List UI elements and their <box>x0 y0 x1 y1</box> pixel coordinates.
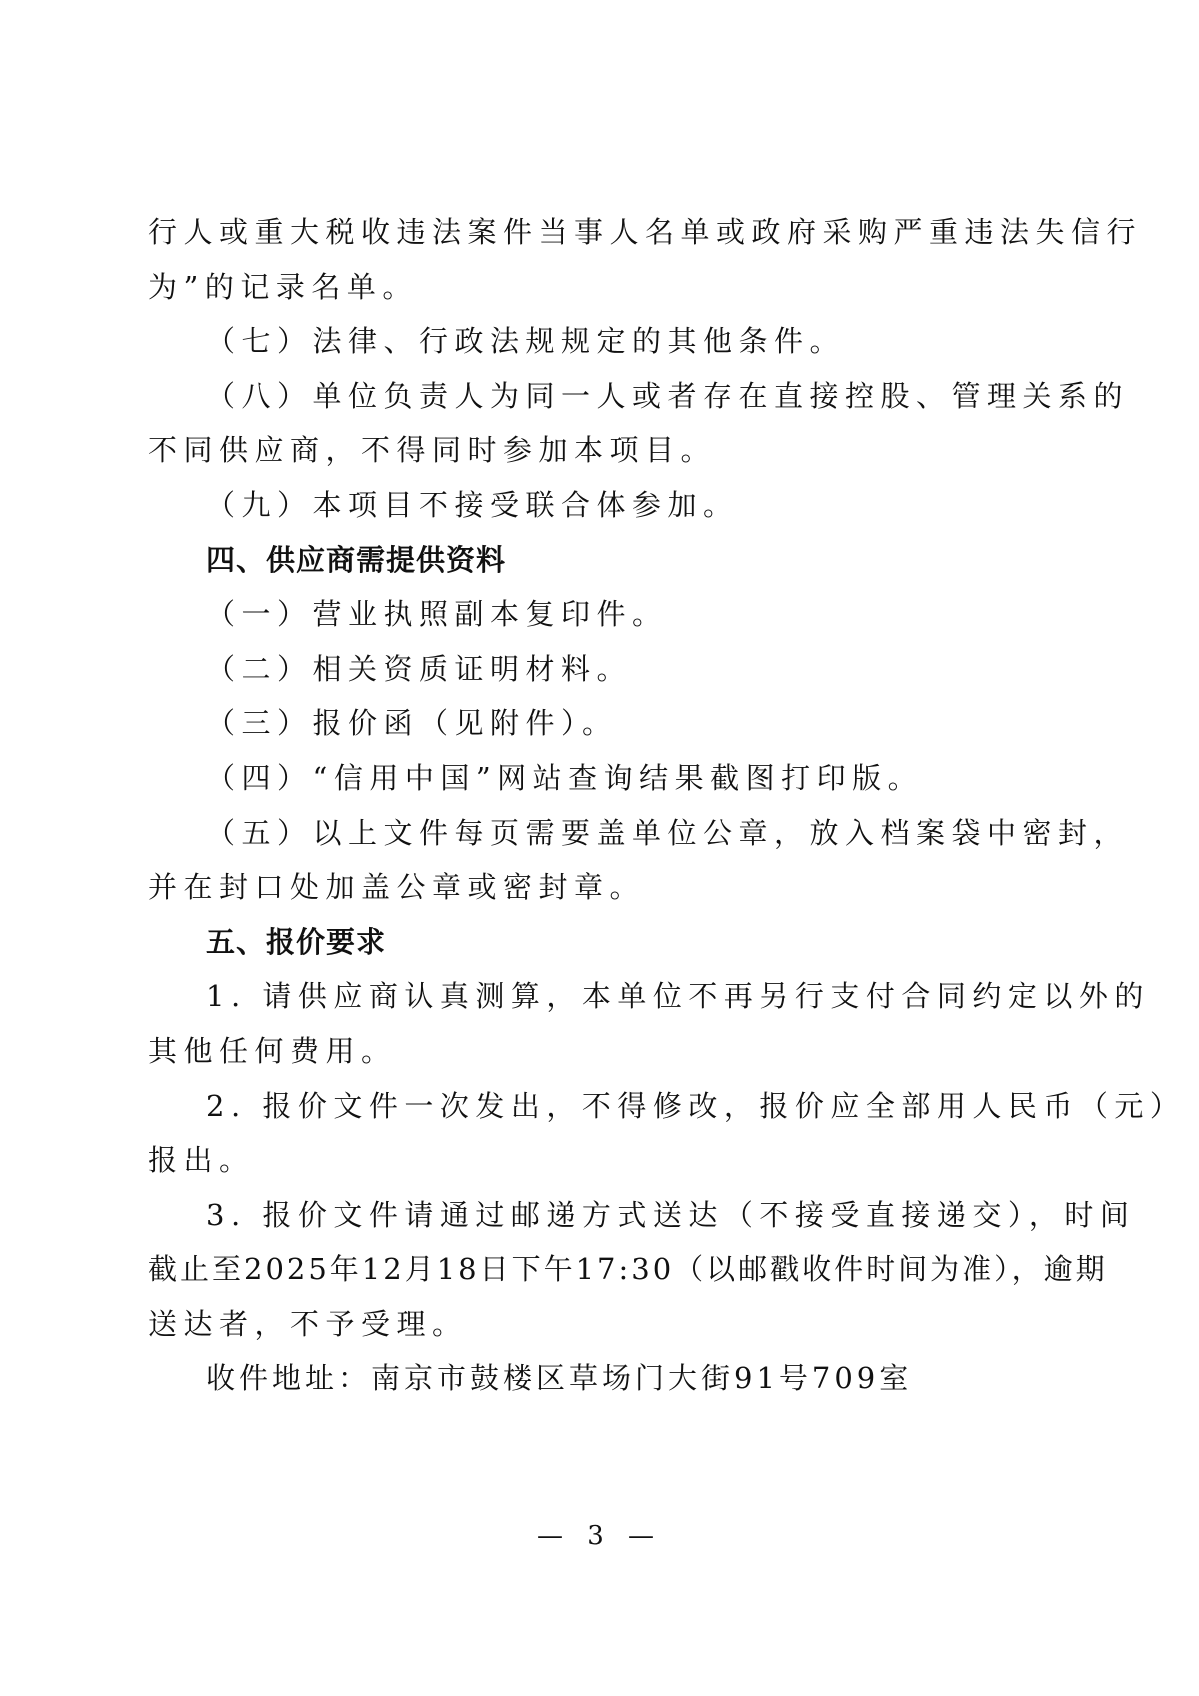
material-item-3: （三）报价函（见附件）。 <box>148 696 980 751</box>
material-item-5: （五）以上文件每页需要盖单位公章，放入档案袋中密封， <box>148 806 980 861</box>
quote-requirement-2-continued: 报出。 <box>148 1133 980 1188</box>
quote-requirement-2: 2. 报价文件一次发出，不得修改，报价应全部用人民币（元） <box>148 1079 980 1134</box>
document-page: 行人或重大税收违法案件当事人名单或政府采购严重违法失信行 为”的记录名单。 （七… <box>0 0 1199 1696</box>
condition-item-7: （七）法律、行政法规规定的其他条件。 <box>148 314 980 369</box>
material-item-1: （一）营业执照副本复印件。 <box>148 587 980 642</box>
condition-item-9: （九）本项目不接受联合体参加。 <box>148 478 980 533</box>
page-number: — 3 — <box>0 1521 1199 1551</box>
document-body: 行人或重大税收违法案件当事人名单或政府采购严重违法失信行 为”的记录名单。 （七… <box>148 205 980 1406</box>
paragraph-line: 行人或重大税收违法案件当事人名单或政府采购严重违法失信行 <box>148 205 980 260</box>
quote-requirement-1-continued: 其他任何费用。 <box>148 1024 980 1079</box>
quote-requirement-3: 3. 报价文件请通过邮递方式送达（不接受直接递交），时间 <box>148 1188 980 1243</box>
material-item-5-continued: 并在封口处加盖公章或密封章。 <box>148 860 980 915</box>
quote-requirement-3-continued: 送达者，不予受理。 <box>148 1297 980 1352</box>
mailing-address: 收件地址：南京市鼓楼区草场门大街91号709室 <box>148 1351 980 1406</box>
material-item-4: （四）“信用中国”网站查询结果截图打印版。 <box>148 751 980 806</box>
material-item-2: （二）相关资质证明材料。 <box>148 642 980 697</box>
condition-item-8-continued: 不同供应商，不得同时参加本项目。 <box>148 423 980 478</box>
condition-item-8: （八）单位负责人为同一人或者存在直接控股、管理关系的 <box>148 369 980 424</box>
quote-requirement-3-deadline: 截止至2025年12月18日下午17:30（以邮戳收件时间为准），逾期 <box>148 1242 980 1297</box>
section-heading-5: 五、报价要求 <box>148 915 980 970</box>
section-heading-4: 四、供应商需提供资料 <box>148 533 980 588</box>
paragraph-line: 为”的记录名单。 <box>148 260 980 315</box>
quote-requirement-1: 1. 请供应商认真测算，本单位不再另行支付合同约定以外的 <box>148 969 980 1024</box>
